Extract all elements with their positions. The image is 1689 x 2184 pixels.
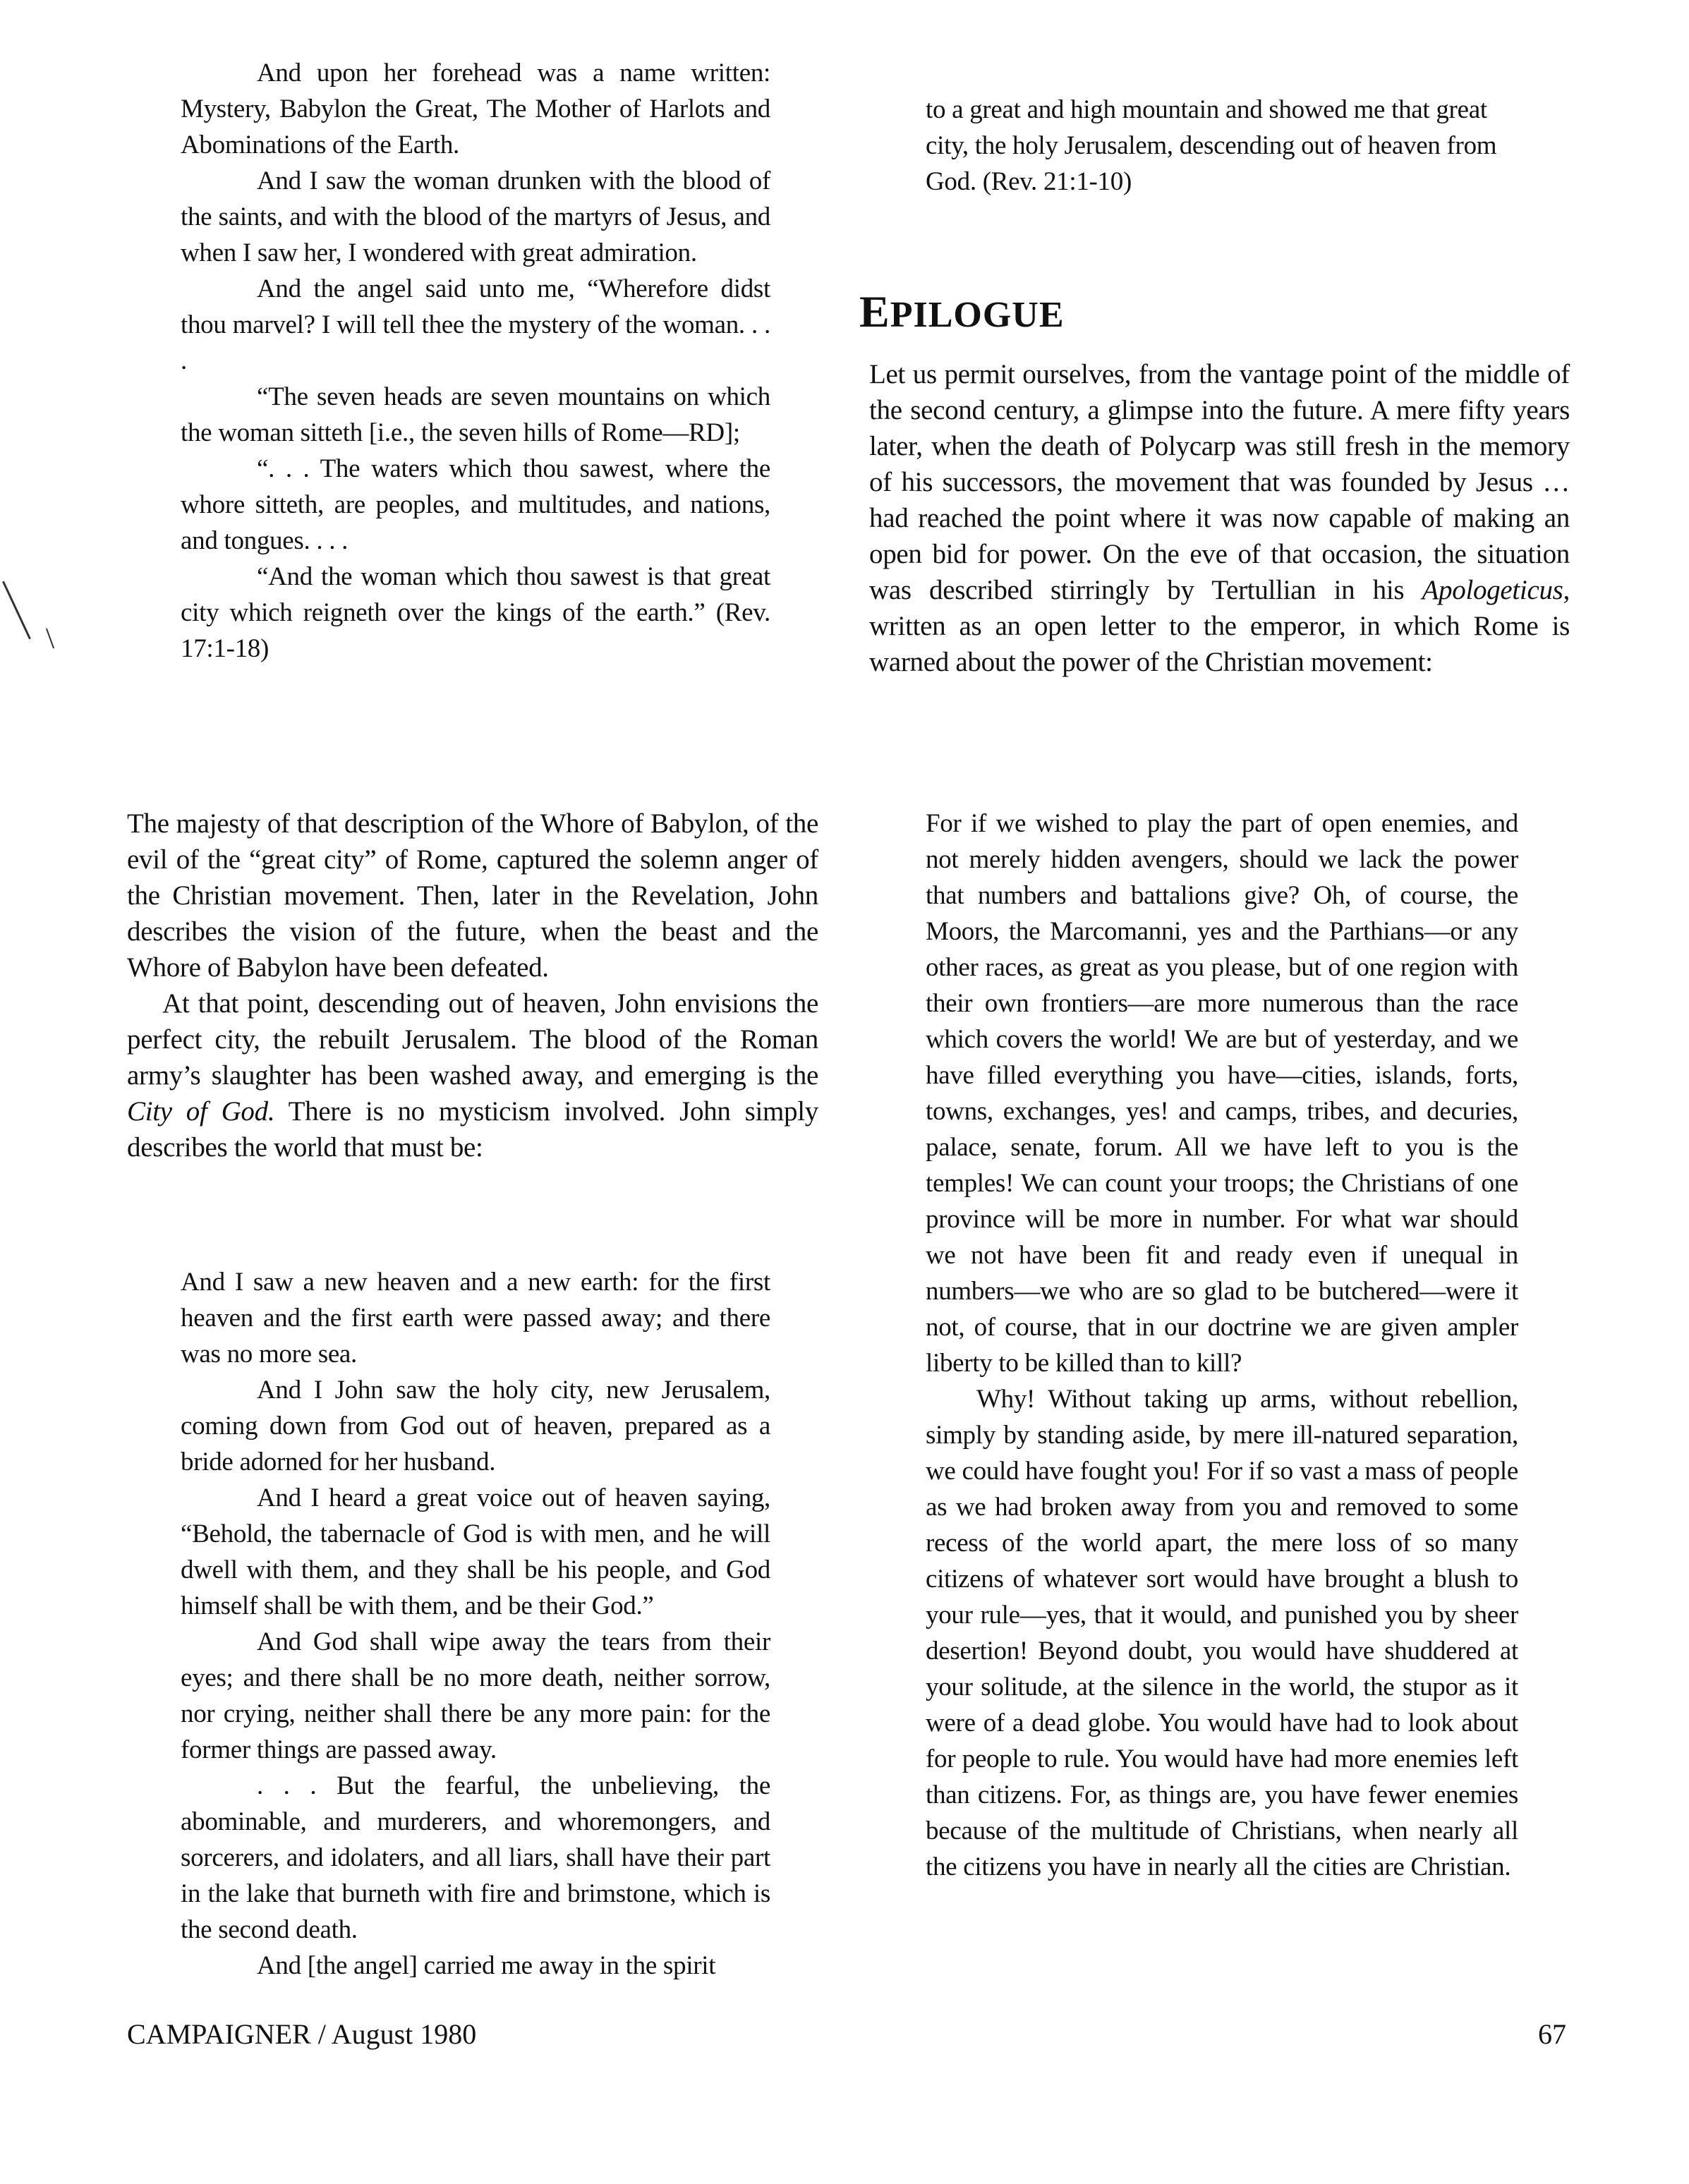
quote-paragraph: And I John saw the holy city, new Jerusa… (181, 1372, 770, 1480)
quote-paragraph: And [the angel] carried me away in the s… (181, 1948, 770, 1984)
quote-paragraph: And the angel said unto me, “Wherefore d… (181, 271, 770, 379)
scan-artifact-mark (46, 629, 54, 649)
quote-paragraph: “And the woman which thou sawest is that… (181, 559, 770, 667)
body-text: Let us permit ourselves, from the vantag… (869, 359, 1570, 605)
quote-paragraph: “The seven heads are seven mountains on … (181, 379, 770, 451)
quote-paragraph: And upon her forehead was a name written… (181, 55, 770, 163)
revelation-21-quote-continued: to a great and high mountain and showed … (926, 92, 1518, 200)
body-paragraph: At that point, descending out of heaven,… (127, 985, 818, 1165)
revelation-21-quote: And I saw a new heaven and a new earth: … (181, 1264, 770, 1984)
quote-paragraph: For if we wished to play the part of ope… (926, 806, 1518, 1381)
section-heading-epilogue: EPILOGUE (859, 286, 1065, 338)
quote-paragraph: And I saw the woman drunken with the blo… (181, 163, 770, 271)
quote-paragraph: And I heard a great voice out of heaven … (181, 1480, 770, 1624)
body-paragraph: The majesty of that description of the W… (127, 806, 818, 985)
epilogue-body-text: Let us permit ourselves, from the vantag… (869, 356, 1570, 680)
city-of-god-title: City of God. (127, 1096, 274, 1127)
heading-initial: E (859, 286, 890, 336)
quote-paragraph: . . . But the fearful, the unbelieving, … (181, 1768, 770, 1948)
revelation-17-quote: And upon her forehead was a name written… (181, 55, 770, 667)
quote-paragraph: “. . . The waters which thou sawest, whe… (181, 451, 770, 559)
body-paragraph: Let us permit ourselves, from the vantag… (869, 356, 1570, 680)
tertullian-quote: For if we wished to play the part of ope… (926, 806, 1518, 1885)
apologeticus-title: Apologeticus, (1422, 575, 1570, 605)
quote-paragraph: to a great and high mountain and showed … (926, 92, 1518, 200)
quote-paragraph: And God shall wipe away the tears from t… (181, 1624, 770, 1768)
scan-artifact-mark (2, 581, 31, 640)
body-text: At that point, descending out of heaven,… (127, 988, 818, 1091)
page-number: 67 (1538, 2018, 1566, 2051)
footer-publication: CAMPAIGNER / August 1980 (127, 2018, 476, 2051)
body-text: written as an open letter to the emperor… (869, 611, 1570, 677)
quote-paragraph: Why! Without taking up arms, without reb… (926, 1381, 1518, 1885)
quote-paragraph: And I saw a new heaven and a new earth: … (181, 1264, 770, 1372)
left-body-text: The majesty of that description of the W… (127, 806, 818, 1165)
heading-rest: PILOGUE (890, 295, 1065, 335)
